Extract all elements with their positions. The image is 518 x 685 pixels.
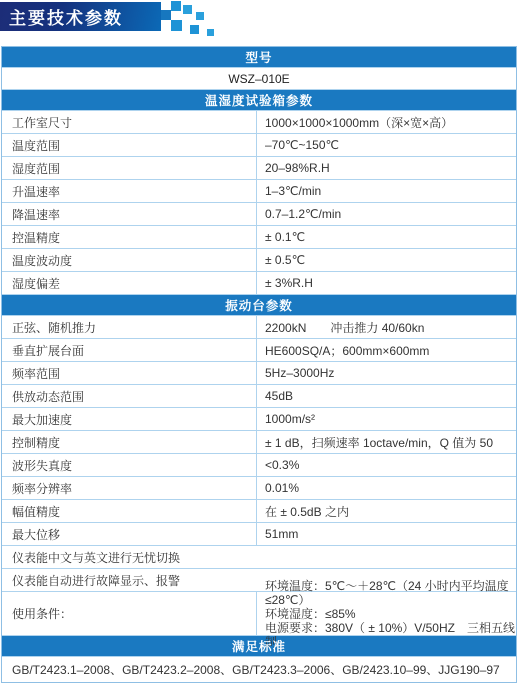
checker-square bbox=[161, 10, 171, 20]
section-header-row: 型号 bbox=[2, 47, 516, 68]
spec-value: ± 0.5℃ bbox=[257, 249, 516, 271]
spec-row: 温度波动度± 0.5℃ bbox=[2, 249, 516, 272]
spec-value: –70℃~150℃ bbox=[257, 134, 516, 156]
usage-condition-line: 环境湿度：≤85% bbox=[265, 607, 356, 621]
spec-row: 工作室尺寸1000×1000×1000mm（深×宽×高） bbox=[2, 111, 516, 134]
spec-value: 51mm bbox=[257, 523, 516, 545]
spec-value: HE600SQ/A；600mm×600mm bbox=[257, 339, 516, 361]
spec-value: 1000×1000×1000mm（深×宽×高） bbox=[257, 111, 516, 133]
standards-text: GB/T2423.1–2008、GB/T2423.2–2008、GB/T2423… bbox=[2, 657, 516, 682]
spec-label: 使用条件： bbox=[2, 592, 257, 635]
section-title: 型号 bbox=[2, 47, 516, 67]
spec-row: 降温速率0.7–1.2℃/min bbox=[2, 203, 516, 226]
spec-row: 最大加速度1000m/s² bbox=[2, 408, 516, 431]
spec-value: 5Hz–3000Hz bbox=[257, 362, 516, 384]
spec-row: 正弦、随机推力2200kN 冲击推力 40/60kn bbox=[2, 316, 516, 339]
spec-label: 升温速率 bbox=[2, 180, 257, 202]
spec-row: 频率分辨率0.01% bbox=[2, 477, 516, 500]
checker-square bbox=[183, 5, 192, 14]
spec-label: 温度波动度 bbox=[2, 249, 257, 271]
spec-value: 0.7–1.2℃/min bbox=[257, 203, 516, 225]
usage-conditions-value: 环境温度：5℃～＋28℃（24 小时内平均温度≤28℃）环境湿度：≤85%电源要… bbox=[257, 592, 516, 635]
spec-row: 波形失真度<0.3% bbox=[2, 454, 516, 477]
spec-value: 在 ± 0.5dB 之内 bbox=[257, 500, 516, 522]
spec-row: 供放动态范围45dB bbox=[2, 385, 516, 408]
checker-square bbox=[190, 25, 199, 34]
spec-label: 湿度范围 bbox=[2, 157, 257, 179]
note-text: 仪表能中文与英文进行无忧切换 bbox=[2, 546, 516, 568]
checker-square bbox=[207, 29, 214, 36]
page-banner: 主要技术参数 bbox=[0, 2, 161, 31]
spec-label: 频率分辨率 bbox=[2, 477, 257, 499]
spec-label: 最大位移 bbox=[2, 523, 257, 545]
checker-square bbox=[171, 1, 181, 11]
standards-row: GB/T2423.1–2008、GB/T2423.2–2008、GB/T2423… bbox=[2, 657, 516, 682]
section-header-row: 振动台参数 bbox=[2, 295, 516, 316]
spec-label: 降温速率 bbox=[2, 203, 257, 225]
spec-label: 垂直扩展台面 bbox=[2, 339, 257, 361]
spec-label: 正弦、随机推力 bbox=[2, 316, 257, 338]
spec-row: 升温速率1–3℃/min bbox=[2, 180, 516, 203]
spec-label: 供放动态范围 bbox=[2, 385, 257, 407]
spec-value: 0.01% bbox=[257, 477, 516, 499]
spec-row: 频率范围5Hz–3000Hz bbox=[2, 362, 516, 385]
spec-row: 温度范围–70℃~150℃ bbox=[2, 134, 516, 157]
spec-row: 控温精度± 0.1℃ bbox=[2, 226, 516, 249]
spec-value: ± 1 dB，扫频速率 1octave/min，Q 值为 50 bbox=[257, 431, 516, 453]
model-value: WSZ–010E bbox=[2, 68, 516, 89]
spec-label: 湿度偏差 bbox=[2, 272, 257, 294]
spec-label: 频率范围 bbox=[2, 362, 257, 384]
section-title: 温湿度试验箱参数 bbox=[2, 90, 516, 110]
note-row: 仪表能中文与英文进行无忧切换 bbox=[2, 546, 516, 569]
section-header-row: 满足标准 bbox=[2, 636, 516, 657]
spec-label: 最大加速度 bbox=[2, 408, 257, 430]
section-header-row: 温湿度试验箱参数 bbox=[2, 90, 516, 111]
spec-row: 湿度偏差± 3%R.H bbox=[2, 272, 516, 295]
spec-label: 控制精度 bbox=[2, 431, 257, 453]
checker-square bbox=[196, 12, 204, 20]
spec-value: 1000m/s² bbox=[257, 408, 516, 430]
spec-value: 20–98%R.H bbox=[257, 157, 516, 179]
usage-condition-line: 环境温度：5℃～＋28℃（24 小时内平均温度≤28℃） bbox=[265, 579, 516, 607]
checker-square bbox=[171, 20, 182, 31]
section-title: 振动台参数 bbox=[2, 295, 516, 315]
spec-label: 工作室尺寸 bbox=[2, 111, 257, 133]
spec-label: 幅值精度 bbox=[2, 500, 257, 522]
spec-value: 1–3℃/min bbox=[257, 180, 516, 202]
spec-row: 最大位移51mm bbox=[2, 523, 516, 546]
usage-conditions-row: 使用条件：环境温度：5℃～＋28℃（24 小时内平均温度≤28℃）环境湿度：≤8… bbox=[2, 592, 516, 636]
spec-row: 控制精度± 1 dB，扫频速率 1octave/min，Q 值为 50 bbox=[2, 431, 516, 454]
spec-row: 幅值精度在 ± 0.5dB 之内 bbox=[2, 500, 516, 523]
spec-row: 湿度范围20–98%R.H bbox=[2, 157, 516, 180]
spec-value: <0.3% bbox=[257, 454, 516, 476]
model-row: WSZ–010E bbox=[2, 68, 516, 90]
spec-value: 2200kN 冲击推力 40/60kn bbox=[257, 316, 516, 338]
page-title: 主要技术参数 bbox=[0, 4, 123, 29]
spec-row: 垂直扩展台面HE600SQ/A；600mm×600mm bbox=[2, 339, 516, 362]
spec-value: ± 0.1℃ bbox=[257, 226, 516, 248]
spec-label: 控温精度 bbox=[2, 226, 257, 248]
spec-value: ± 3%R.H bbox=[257, 272, 516, 294]
spec-label: 温度范围 bbox=[2, 134, 257, 156]
section-title: 满足标准 bbox=[2, 636, 516, 656]
spec-label: 波形失真度 bbox=[2, 454, 257, 476]
spec-value: 45dB bbox=[257, 385, 516, 407]
spec-table: 型号WSZ–010E温湿度试验箱参数工作室尺寸1000×1000×1000mm（… bbox=[1, 46, 517, 683]
